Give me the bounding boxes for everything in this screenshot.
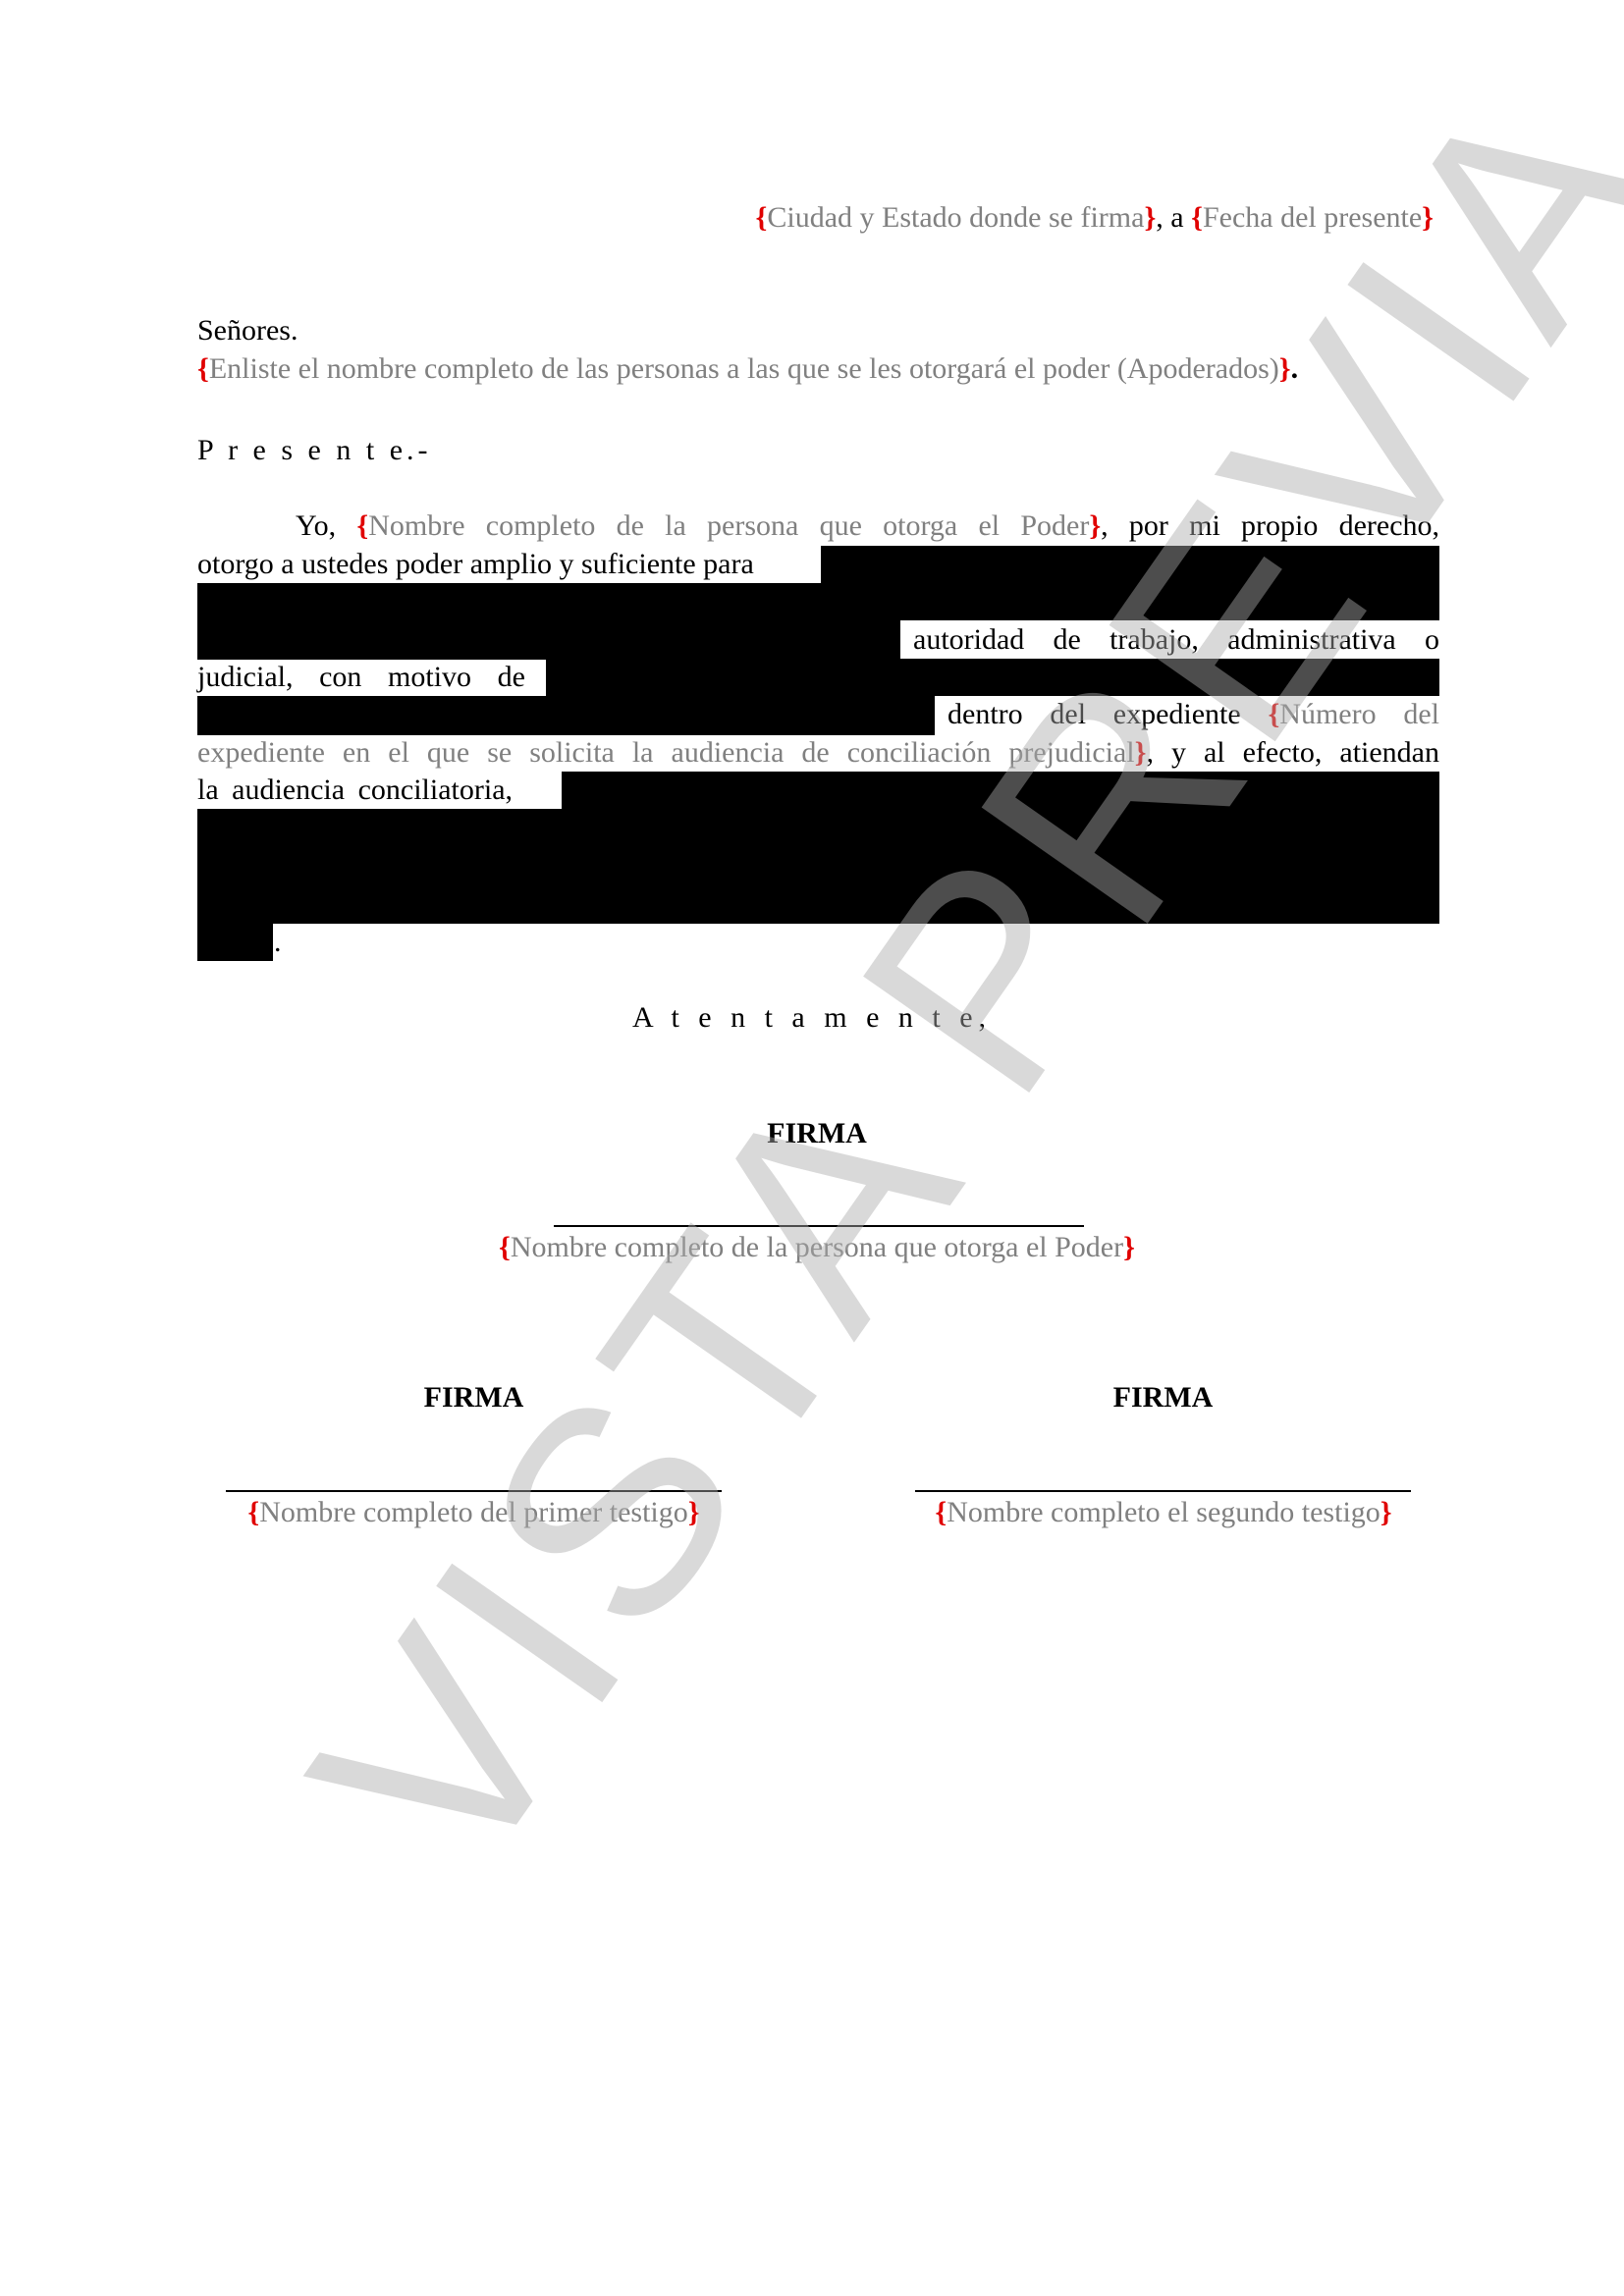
brace-close: }	[1123, 1231, 1135, 1263]
witness2-name-placeholder: Nombre completo el segundo testigo	[947, 1496, 1380, 1528]
redaction-block	[197, 924, 273, 961]
redaction-block	[197, 583, 1439, 620]
file-placeholder-part2: expediente en el que se solicita la audi…	[197, 736, 1135, 769]
brace-open: {	[499, 1231, 511, 1263]
body-line-2: otorgo a ustedes poder amplio y suficien…	[197, 546, 754, 583]
redaction-block	[821, 546, 1439, 583]
body-line-8: la audiencia conciliatoria,	[197, 772, 513, 809]
brace-open: {	[356, 509, 368, 542]
brace-close: }	[1135, 736, 1147, 769]
file-placeholder-part1: Número del	[1279, 698, 1439, 730]
attorneys-line: {Enliste el nombre completo de las perso…	[197, 350, 1298, 388]
witness2-signature-name: {Nombre completo el segundo testigo}	[884, 1494, 1443, 1531]
main-signature-line	[554, 1225, 1084, 1227]
redaction-block	[197, 696, 935, 735]
body-end-period: .	[274, 924, 282, 961]
body-line-1: Yo, {Nombre completo de la persona que o…	[197, 507, 1439, 545]
brace-close: }	[1380, 1496, 1392, 1528]
salutation: Señores.	[197, 312, 298, 349]
redaction-block	[197, 809, 1439, 924]
brace-open: {	[247, 1496, 259, 1528]
redaction-block	[562, 772, 1439, 809]
witness1-signature-line	[226, 1490, 722, 1492]
body-line-5: judicial, con motivo de	[197, 659, 525, 696]
grantor-name-placeholder: Nombre completo de la persona que otorga…	[511, 1231, 1123, 1263]
brace-close: }	[1144, 201, 1156, 234]
date-placeholder: Fecha del presente	[1203, 201, 1422, 234]
grantor-placeholder: Nombre completo de la persona que otorga…	[368, 509, 1089, 542]
place-placeholder: Ciudad y Estado donde se firma	[767, 201, 1144, 234]
brace-open: {	[756, 201, 768, 234]
brace-close: }	[688, 1496, 700, 1528]
body-yo: Yo,	[296, 509, 356, 542]
witness1-name-placeholder: Nombre completo del primer testigo	[259, 1496, 688, 1528]
witness1-signature-label: FIRMA	[226, 1379, 722, 1416]
brace-open: {	[197, 352, 209, 385]
body-line6-text: dentro del expediente	[947, 698, 1268, 730]
place-date-line: {Ciudad y Estado donde se firma}, a {Fec…	[756, 199, 1434, 237]
preview-watermark: VISTA PREVIA	[245, 24, 1624, 1933]
brace-open: {	[1191, 201, 1203, 234]
date-connector: , a	[1156, 201, 1191, 234]
main-signature-name: {Nombre completo de la persona que otorg…	[0, 1229, 1624, 1266]
brace-close: }	[1279, 352, 1291, 385]
body-line-4: autoridad de trabajo, administrativa o	[913, 621, 1439, 659]
attorneys-suffix: .	[1291, 352, 1299, 385]
brace-close: }	[1422, 201, 1434, 234]
witness2-signature-line	[915, 1490, 1411, 1492]
body-line-6: dentro del expediente {Número del	[947, 696, 1439, 733]
brace-close: }	[1089, 509, 1101, 542]
brace-open: {	[1268, 698, 1279, 730]
presente-line: P r e s e n t e.-	[197, 432, 432, 469]
witness2-signature-label: FIRMA	[915, 1379, 1411, 1416]
witness1-signature-name: {Nombre completo del primer testigo}	[196, 1494, 751, 1531]
body-line1-suffix: , por mi propio derecho,	[1101, 509, 1439, 542]
body-line7-suffix: , y al efecto, atiendan	[1146, 736, 1439, 769]
attorneys-placeholder: Enliste el nombre completo de las person…	[209, 352, 1279, 385]
closing: A t e n t a m e n t e,	[0, 999, 1624, 1037]
brace-open: {	[935, 1496, 947, 1528]
main-signature-label: FIRMA	[0, 1115, 1624, 1152]
redaction-block	[546, 659, 1439, 696]
body-line-7: expediente en el que se solicita la audi…	[197, 734, 1439, 772]
document-page: {Ciudad y Estado donde se firma}, a {Fec…	[0, 0, 1624, 2296]
redaction-block	[197, 620, 900, 660]
